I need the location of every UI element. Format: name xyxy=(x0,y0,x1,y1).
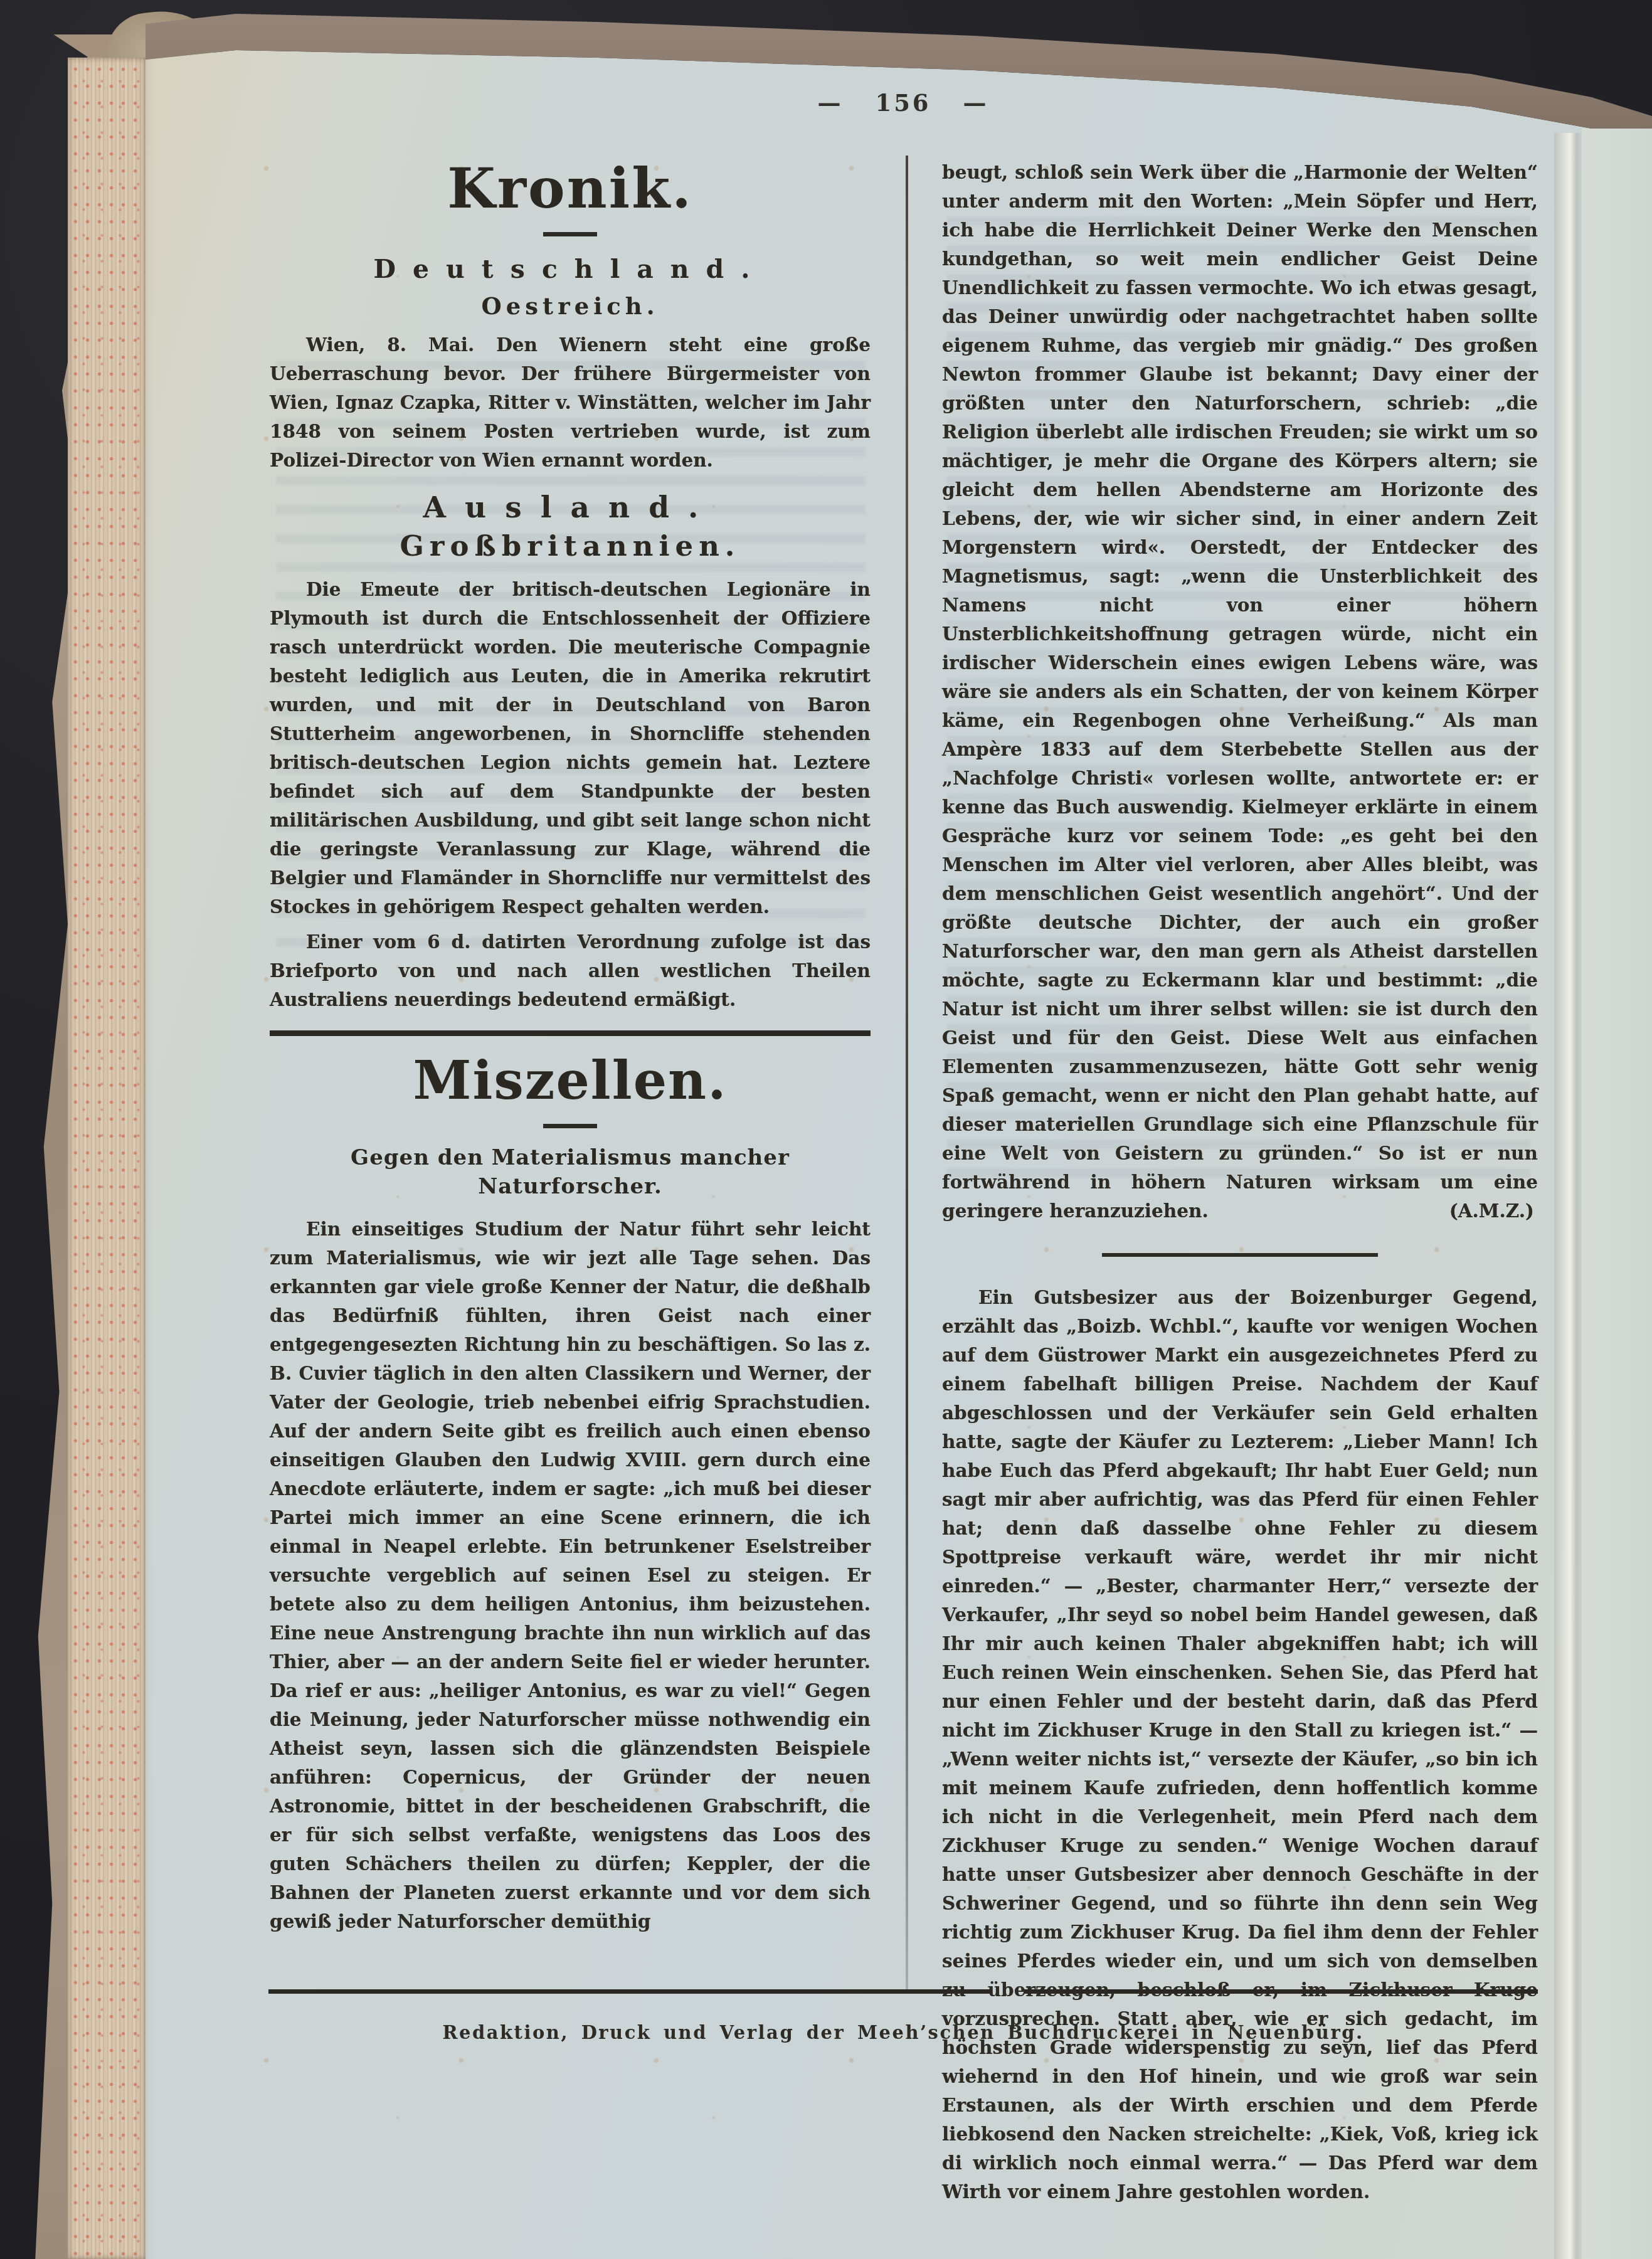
footer-imprint: Redaktion, Druck und Verlag der Meeh’sch… xyxy=(268,2022,1538,2043)
right-column: beugt, schloß sein Werk über die „Harmon… xyxy=(942,158,1538,2213)
story-divider-rule xyxy=(1102,1253,1378,1257)
column-divider-rule xyxy=(906,156,908,1993)
bottom-rule xyxy=(268,1989,1538,1994)
briefporto-report-paragraph: Einer vom 6 d. datirten Verordnung zufol… xyxy=(270,928,871,1014)
wien-report-paragraph: Wien, 8. Mai. Den Wienern steht eine gro… xyxy=(270,331,871,475)
section-rule xyxy=(270,1030,871,1036)
miszellen-title-dash xyxy=(543,1124,597,1128)
miszellen-article-paragraph: Ein einseitiges Studium der Natur führt … xyxy=(270,1215,871,1936)
miszellen-title: Miszellen. xyxy=(270,1051,871,1110)
kronik-title: Kronik. xyxy=(270,158,871,218)
grossbritannien-heading: Großbritannien. xyxy=(270,527,871,565)
book-fore-edge-stripes xyxy=(68,58,151,2259)
ausland-heading: Ausland. xyxy=(270,489,871,527)
scanned-newspaper-page: { "header": { "page_number": "— 156 —" }… xyxy=(0,0,1652,2259)
page-gutter-crease xyxy=(1554,133,1583,2259)
miszellen-article-heading: Gegen den Materialismus mancher Naturfor… xyxy=(289,1143,852,1201)
kronik-title-dash xyxy=(543,232,597,236)
left-column: Kronik. Deutschland. Oestreich. Wien, 8.… xyxy=(270,158,871,1942)
deutschland-heading: Deutschland. xyxy=(270,251,871,287)
materialism-continuation-paragraph: beugt, schloß sein Werk über die „Harmon… xyxy=(942,158,1538,1225)
next-page-stub xyxy=(1582,129,1652,2259)
horse-story-paragraph: Ein Gutsbesizer aus der Boizenburger Geg… xyxy=(942,1283,1538,2206)
page-number: — 156 — xyxy=(715,89,1091,117)
oestreich-heading: Oestreich. xyxy=(270,290,871,322)
emeute-report-paragraph: Die Emeute der britisch-deutschen Legion… xyxy=(270,575,871,921)
